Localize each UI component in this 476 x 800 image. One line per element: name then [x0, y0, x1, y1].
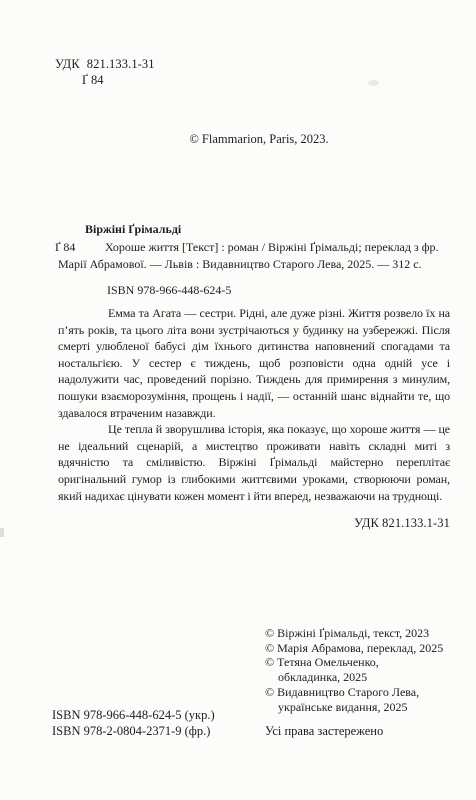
annotation-paragraph-2: Це тепла й зворушлива історія, яка показ…: [58, 421, 450, 504]
isbn-footer-line-fr: ISBN 978-2-0804-2371-9 (фр.): [52, 724, 215, 740]
copyright-list: © Віржіні Ґрімальді, текст, 2023 © Марія…: [265, 626, 443, 714]
copyright-entry: © Тетяна Омельченко, обкладинка, 2025: [265, 655, 443, 684]
catalog-code: Ґ 84: [55, 239, 75, 257]
copyright-entry-line: українське видання, 2025: [265, 700, 443, 715]
copyright-entry: © Віржіні Ґрімальді, текст, 2023: [265, 626, 443, 641]
annotation-paragraph-1: Емма та Агата — сестри. Рідні, але дуже …: [58, 305, 450, 421]
copyright-entry-line: © Марія Абрамова, переклад, 2025: [265, 641, 443, 656]
udk-footer: УДК 821.133.1-31: [58, 515, 450, 532]
catalog-author: Віржіні Ґрімальді: [85, 221, 454, 239]
copyright-entry-line: обкладинка, 2025: [265, 670, 443, 685]
author-code: Ґ 84: [82, 73, 155, 89]
copyright-entry-line: © Віржіні Ґрімальді, текст, 2023: [265, 626, 443, 641]
udk-top-block: УДК 821.133.1-31 Ґ 84: [55, 57, 155, 88]
source-copyright-line: © Flammarion, Paris, 2023.: [0, 132, 476, 147]
annotation-block: Емма та Агата — сестри. Рідні, але дуже …: [58, 305, 450, 532]
catalog-card: Віржіні Ґрімальді Ґ 84 Хороше життя [Тек…: [0, 221, 454, 299]
catalog-isbn: ISBN 978-966-448-624-5: [107, 282, 454, 300]
isbn-footer-block: ISBN 978-966-448-624-5 (укр.) ISBN 978-2…: [52, 708, 215, 739]
isbn-footer-line-ukr: ISBN 978-966-448-624-5 (укр.): [52, 708, 215, 724]
udk-label: УДК: [55, 57, 80, 73]
catalog-entry-line-2: Марії Абрамової. — Львів : Видавництво С…: [58, 256, 454, 274]
rights-reserved-notice: Усі права застережено: [265, 724, 383, 739]
book-imprint-page: УДК 821.133.1-31 Ґ 84 © Flammarion, Pari…: [0, 0, 476, 800]
copyright-entry: © Видавництво Старого Лева, українське в…: [265, 685, 443, 714]
catalog-entry-row: Ґ 84 Хороше життя [Текст] : роман / Вірж…: [58, 239, 454, 257]
scan-artifact: [0, 528, 4, 537]
copyright-entry: © Марія Абрамова, переклад, 2025: [265, 641, 443, 656]
catalog-entry-line-1: Хороше життя [Текст] : роман / Віржіні Ґ…: [105, 239, 454, 257]
copyright-entry-line: © Видавництво Старого Лева,: [265, 685, 443, 700]
udk-number: 821.133.1-31: [87, 57, 155, 73]
copyright-entry-line: © Тетяна Омельченко,: [265, 655, 443, 670]
scan-artifact: [368, 80, 379, 86]
udk-line: УДК 821.133.1-31: [55, 57, 155, 73]
